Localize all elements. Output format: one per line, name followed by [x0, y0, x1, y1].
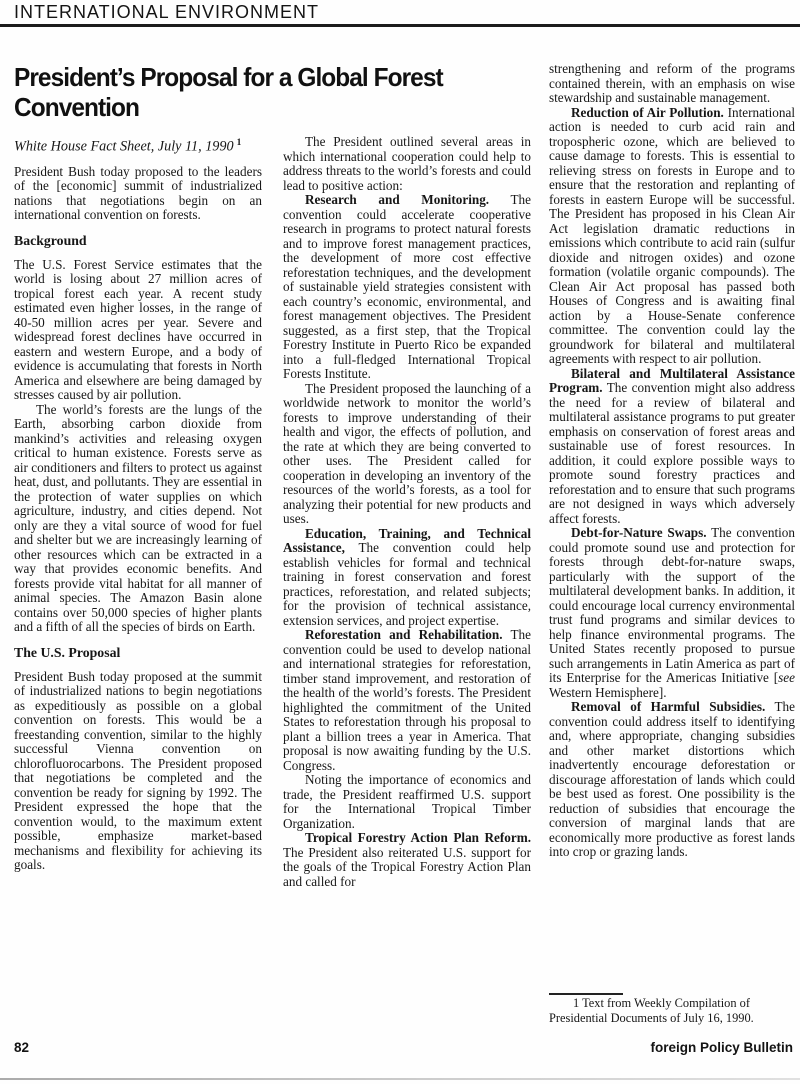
article-title: President’s Proposal for a Global Forest… — [14, 62, 500, 122]
subheading-us-proposal: The U.S. Proposal — [14, 645, 262, 660]
run-in-heading-tfap-reform: Tropical Forestry Action Plan Reform. — [305, 830, 531, 845]
byline: White House Fact Sheet, July 11, 19901 — [14, 135, 262, 156]
column-2: The President outlined several areas in … — [283, 135, 531, 889]
paragraph: Reduction of Air Pollution. Internationa… — [549, 106, 795, 367]
paragraph-text: The President also reiterated U.S. suppo… — [283, 845, 531, 889]
paragraph-intro: President Bush today proposed to the lea… — [14, 165, 262, 223]
run-in-heading-air-pollution: Reduction of Air Pollution. — [571, 105, 724, 120]
footnote: 1 Text from Weekly Compilation of Presid… — [549, 990, 795, 1025]
paragraph: Tropical Forestry Action Plan Reform. Th… — [283, 831, 531, 889]
paragraph: President Bush today proposed at the sum… — [14, 670, 262, 873]
paragraph-text: The convention could address itself to i… — [549, 699, 795, 859]
page-number: 82 — [14, 1040, 29, 1056]
column-3: strengthening and reform of the programs… — [549, 62, 795, 860]
article-title-line-1: President’s Proposal for a Global Forest — [14, 62, 500, 92]
publication-title: foreign Policy Bulletin — [650, 1040, 793, 1056]
footnote-text: 1 Text from Weekly Compilation of Presid… — [549, 996, 795, 1025]
run-in-heading-harmful-subsidies: Removal of Harmful Subsidies. — [571, 699, 765, 714]
paragraph: The U.S. Forest Service estimates that t… — [14, 258, 262, 403]
footnote-separator-rule — [549, 993, 623, 995]
paragraph-text: International action is needed to curb a… — [549, 105, 795, 367]
subheading-background: Background — [14, 233, 262, 248]
document-page: INTERNATIONAL ENVIRONMENT President’s Pr… — [0, 0, 800, 1084]
paragraph: The President outlined several areas in … — [283, 135, 531, 193]
paragraph: The President proposed the launching of … — [283, 382, 531, 527]
scan-edge-artifact — [0, 1078, 800, 1080]
paragraph: Research and Monitoring. The convention … — [283, 193, 531, 382]
byline-text: White House Fact Sheet, July 11, 1990 — [14, 139, 234, 155]
page-footer: 82 foreign Policy Bulletin — [14, 1034, 793, 1056]
left-region: President’s Proposal for a Global Forest… — [14, 62, 531, 889]
paragraph: Education, Training, and Technical Assis… — [283, 527, 531, 629]
paragraph-text: The convention might also address the ne… — [549, 380, 795, 526]
header-rule — [0, 24, 800, 27]
paragraph-continuation: strengthening and reform of the programs… — [549, 62, 795, 106]
paragraph-text: The convention could be used to develop … — [283, 627, 531, 773]
run-in-heading-debt-for-nature: Debt-for-Nature Swaps. — [571, 525, 707, 540]
paragraph-text: The convention could accelerate cooperat… — [283, 192, 531, 381]
article-title-line-2: Convention — [14, 92, 500, 122]
paragraph: Removal of Harmful Subsidies. The conven… — [549, 700, 795, 860]
see-reference: see — [778, 670, 795, 685]
columns-1-2: White House Fact Sheet, July 11, 19901 P… — [14, 135, 531, 889]
run-in-heading-reforestation: Reforestation and Rehabilitation. — [305, 627, 503, 642]
paragraph: Reforestation and Rehabilitation. The co… — [283, 628, 531, 773]
column-1: White House Fact Sheet, July 11, 19901 P… — [14, 135, 262, 889]
paragraph: Bilateral and Multilateral Assistance Pr… — [549, 367, 795, 527]
paragraph-text: Western Hemisphere]. — [549, 685, 667, 700]
paragraph: Debt-for-Nature Swaps. The convention co… — [549, 526, 795, 700]
paragraph: The world’s forests are the lungs of the… — [14, 403, 262, 635]
byline-footnote-ref: 1 — [237, 138, 242, 148]
paragraph-text: The convention could promote sound use a… — [549, 525, 795, 685]
footnote-body: Text from Weekly Compilation of Presiden… — [549, 996, 754, 1025]
paragraph: Noting the importance of economics and t… — [283, 773, 531, 831]
section-heading: INTERNATIONAL ENVIRONMENT — [14, 1, 319, 23]
run-in-heading-research-monitoring: Research and Monitoring. — [305, 192, 489, 207]
